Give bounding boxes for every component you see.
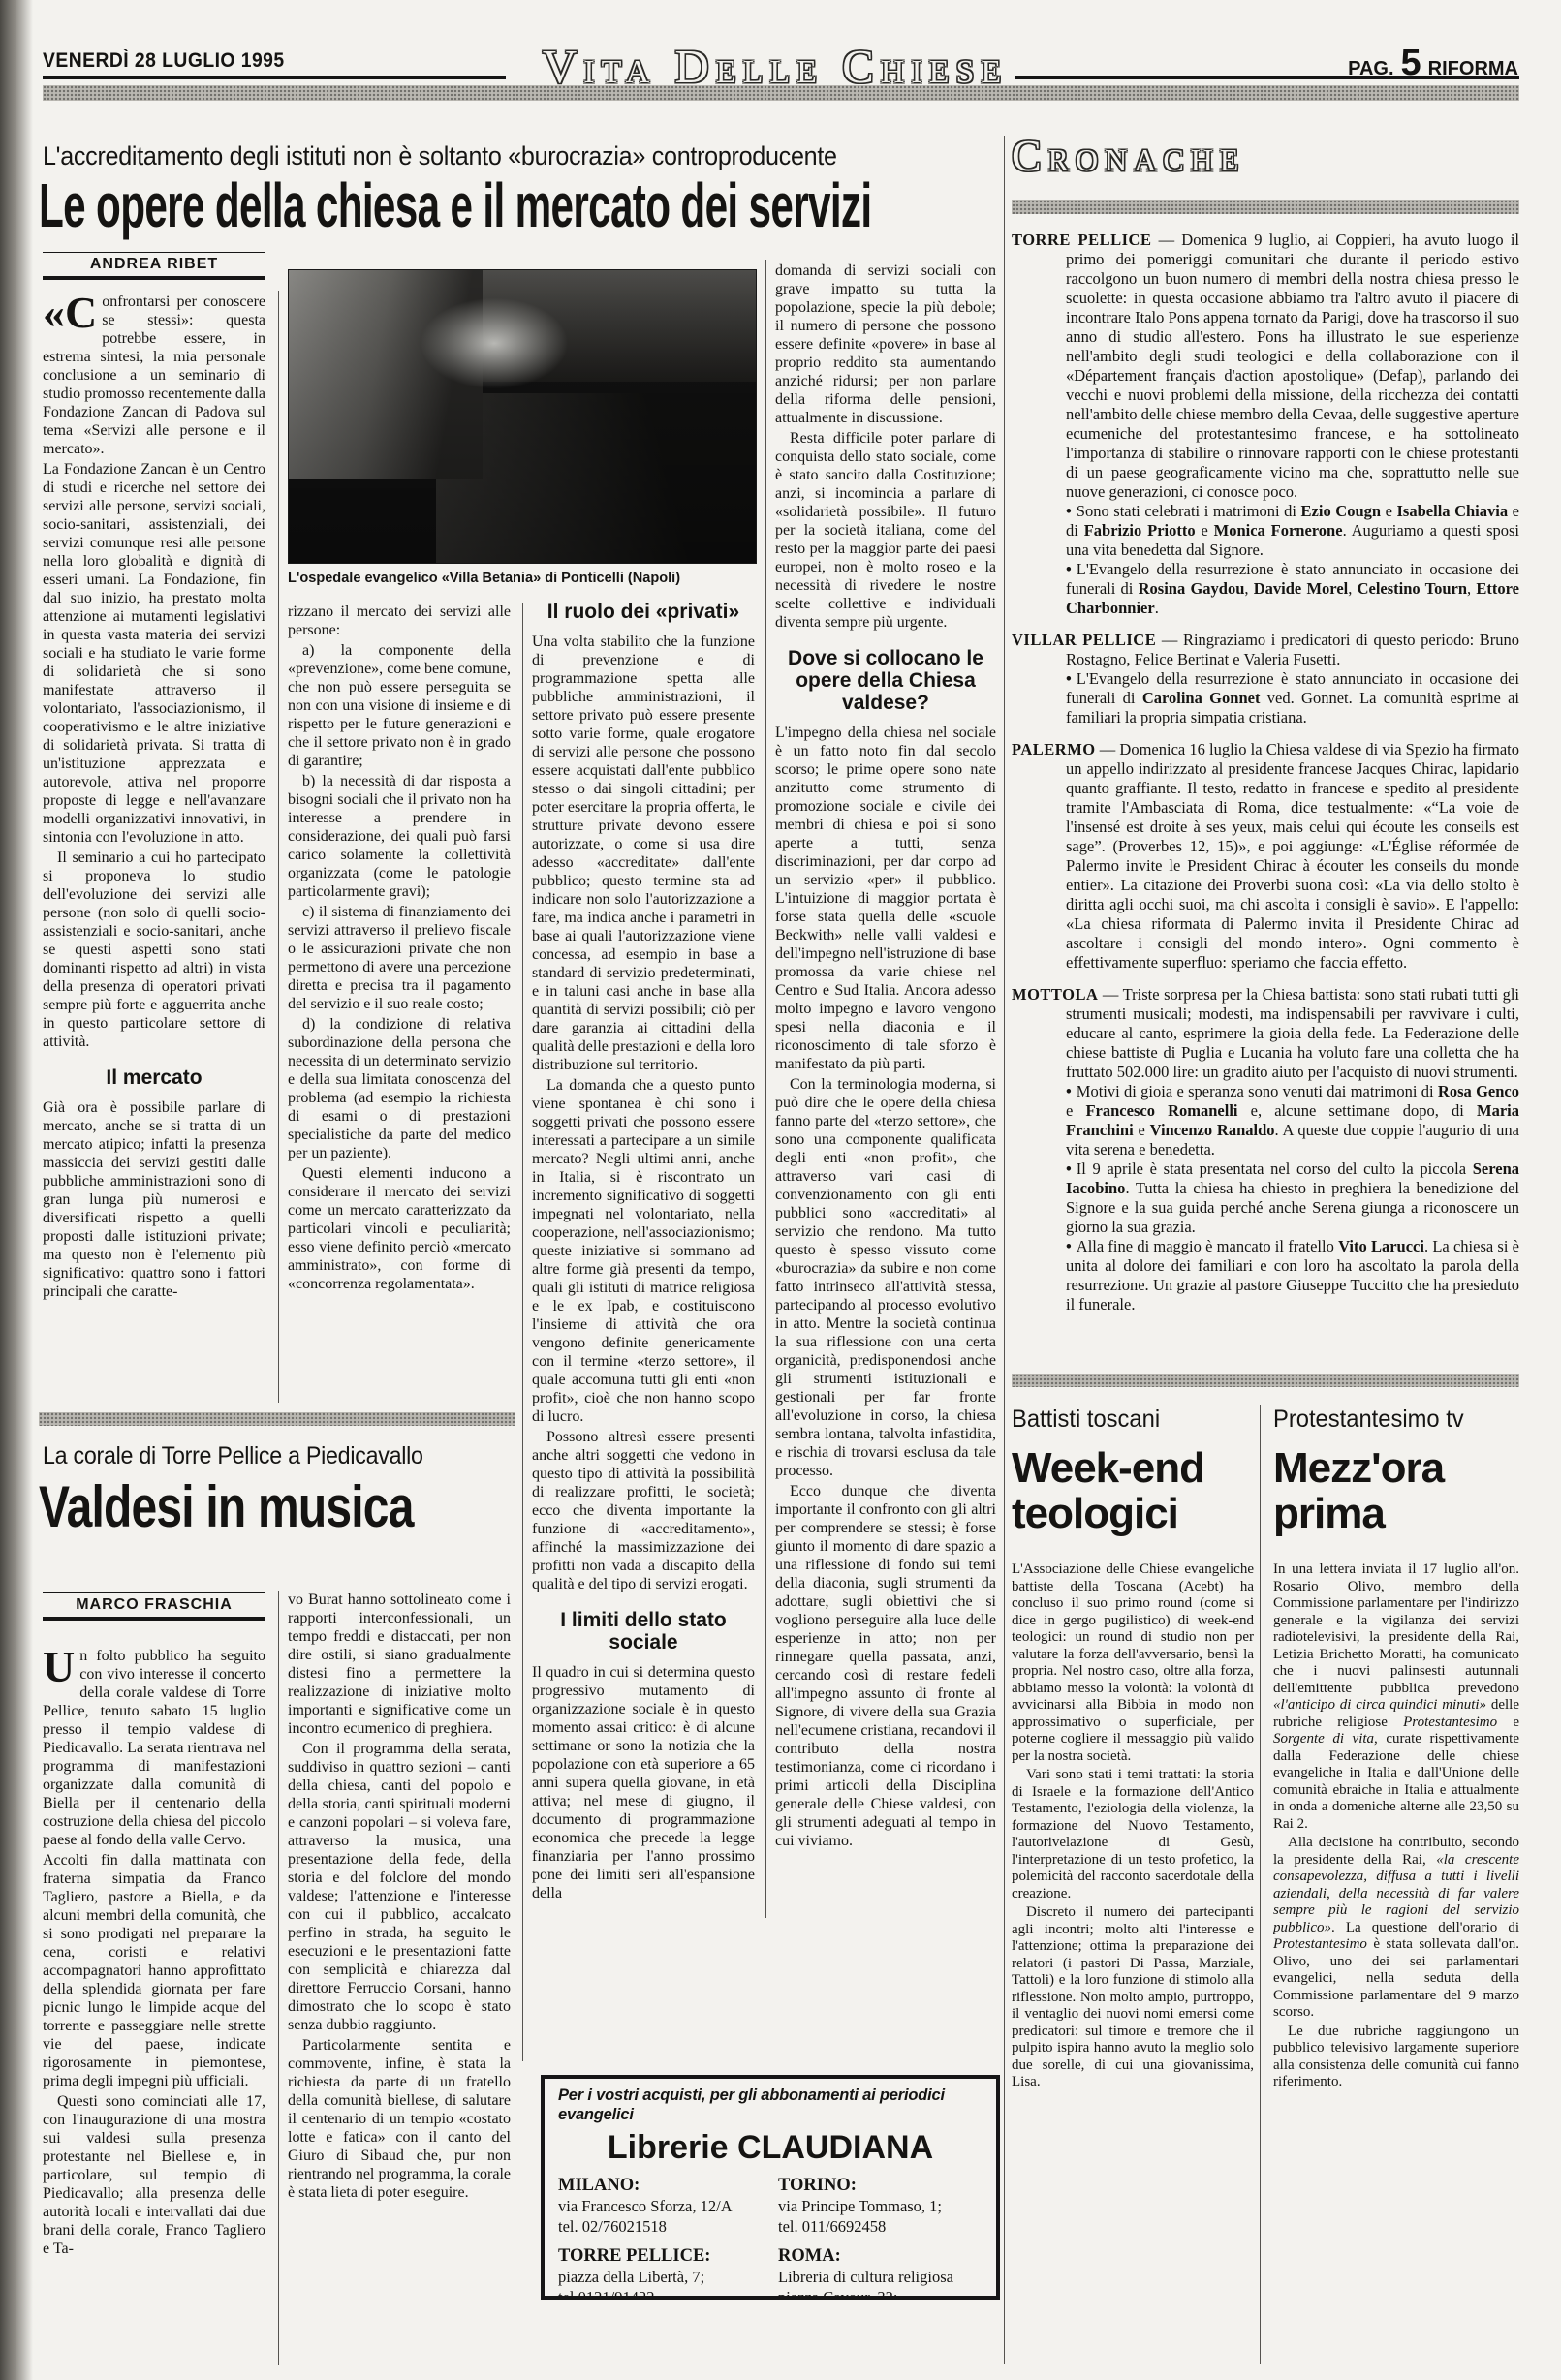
scan-edge-artifact bbox=[0, 0, 33, 2380]
cronache-title: Cronache bbox=[1012, 134, 1245, 178]
paragraph: a) la componente della «prevenzione», co… bbox=[288, 641, 511, 770]
column-rule bbox=[1260, 1405, 1261, 2364]
battisti-kicker: Battisti toscani bbox=[1012, 1406, 1160, 1434]
paragraph: Le due rubriche raggiungono un pubblico … bbox=[1273, 2024, 1519, 2091]
main-article-column-2: rizzano il mercato dei servizi alle pers… bbox=[288, 603, 511, 1403]
paragraph: Questi sono cominciati alle 17, con l'in… bbox=[43, 2092, 265, 2258]
bullet-glyph: • bbox=[1066, 560, 1077, 578]
paragraph: b) la necessità di dar risposta a bisogn… bbox=[288, 772, 511, 901]
paragraph: Questi elementi inducono a considerare i… bbox=[288, 1164, 511, 1293]
valdesi-column-a: Un folto pubblico ha seguito con vivo in… bbox=[43, 1647, 265, 2371]
paragraph: In una lettera inviata il 17 luglio all'… bbox=[1273, 1561, 1519, 1833]
valdesi-divider-bar bbox=[39, 1412, 515, 1426]
ad-location: MILANO:via Francesco Sforza, 12/A tel. 0… bbox=[558, 2175, 763, 2237]
paragraph: vo Burat hanno sottolineato come i rappo… bbox=[288, 1591, 511, 1738]
paragraph: «Confrontarsi per conoscere se stessi»: … bbox=[43, 293, 265, 458]
main-article-byline: ANDREA RIBET bbox=[43, 252, 265, 280]
valdesi-kicker: La corale di Torre Pellice a Piedicavall… bbox=[43, 1443, 423, 1470]
paragraph: Vari sono stati i temi trattati: la stor… bbox=[1012, 1767, 1254, 1902]
cronache-column: TORRE PELLICE — Domenica 9 luglio, ai Co… bbox=[1012, 231, 1519, 1372]
cronache-lead: PALERMO — Domenica 16 luglio la Chiesa v… bbox=[1066, 740, 1519, 973]
valdesi-byline: MARCO FRASCHIA bbox=[43, 1592, 265, 1621]
valdesi-column-b: vo Burat hanno sottolineato come i rappo… bbox=[288, 1591, 511, 2371]
column-rule bbox=[278, 291, 279, 1403]
paragraph: d) la condizione di relativa subordinazi… bbox=[288, 1015, 511, 1162]
newspaper-page: VENERDÌ 28 LUGLIO 1995 PAG. 5 RIFORMA Vi… bbox=[0, 0, 1561, 2380]
cronache-bullet: •Motivi di gioia e speranza sono venuti … bbox=[1066, 1082, 1519, 1159]
bullet-glyph: • bbox=[1066, 669, 1077, 688]
bullet-glyph: • bbox=[1066, 502, 1077, 520]
cronache-lead: MOTTOLA — Triste sorpresa per la Chiesa … bbox=[1066, 985, 1519, 1082]
paragraph: La Fondazione Zancan è un Centro di stud… bbox=[43, 460, 265, 847]
ad-city: TORRE PELLICE: bbox=[558, 2245, 763, 2268]
header-rule-left bbox=[43, 76, 506, 79]
paragraph: Discreto il numero dei partecipanti agli… bbox=[1012, 1904, 1254, 2091]
subhead-ruolo-privati: Il ruolo dei «privati» bbox=[532, 601, 755, 623]
ad-address: piazza della Libertà, 7; tel.0121/91422 bbox=[558, 2268, 763, 2300]
cronache-halftone-bar bbox=[1012, 200, 1519, 214]
protestantesimo-headline: Mezz'ora prima bbox=[1273, 1445, 1519, 1536]
cronache-entry-mottola: MOTTOLA — Triste sorpresa per la Chiesa … bbox=[1012, 985, 1519, 1314]
cronache-lead: TORRE PELLICE — Domenica 9 luglio, ai Co… bbox=[1066, 231, 1519, 502]
ad-location: TORINO:via Principe Tommaso, 1; tel. 011… bbox=[778, 2175, 983, 2237]
ad-city: MILANO: bbox=[558, 2175, 763, 2197]
subhead-il-mercato: Il mercato bbox=[43, 1066, 265, 1089]
cronache-bullet: •L'Evangelo della resurrezione è stato a… bbox=[1066, 669, 1519, 727]
paragraph: Un folto pubblico ha seguito con vivo in… bbox=[43, 1647, 265, 1849]
miniarticles-divider-bar bbox=[1012, 1374, 1519, 1387]
paragraph: Con il programma della serata, suddiviso… bbox=[288, 1740, 511, 2034]
drop-cap: «C bbox=[43, 293, 102, 330]
cronache-lead: VILLAR PELLICE — Ringraziamo i predicato… bbox=[1066, 631, 1519, 669]
claudiana-ad: Per i vostri acquisti, per gli abbonamen… bbox=[541, 2075, 1000, 2300]
paragraph: rizzano il mercato dei servizi alle pers… bbox=[288, 603, 511, 639]
paragraph: Alla decisione ha contribuito, secondo l… bbox=[1273, 1835, 1519, 2022]
paragraph: L'Associazione delle Chiese evangeliche … bbox=[1012, 1561, 1254, 1765]
paragraph: Ecco dunque che diventa importante il co… bbox=[775, 1482, 996, 1850]
paragraph: c) il sistema di finanziamento dei servi… bbox=[288, 903, 511, 1013]
cronache-entry-palermo: PALERMO — Domenica 16 luglio la Chiesa v… bbox=[1012, 740, 1519, 973]
subhead-limiti-stato-sociale: I limiti dello stato sociale bbox=[532, 1609, 755, 1654]
ad-address: via Francesco Sforza, 12/A tel. 02/76021… bbox=[558, 2197, 763, 2237]
byline-rule bbox=[43, 1617, 265, 1621]
paragraph: Una volta stabilito che la funzione di p… bbox=[532, 633, 755, 1074]
ad-location: ROMA:Libreria di cultura religiosa piazz… bbox=[778, 2245, 983, 2300]
cronache-bullet: •L'Evangelo della resurrezione è stato a… bbox=[1066, 560, 1519, 618]
issue-date: VENERDÌ 28 LUGLIO 1995 bbox=[43, 50, 285, 71]
cronache-bullet: •Sono stati celebrati i matrimoni di Ezi… bbox=[1066, 502, 1519, 560]
paragraph: Resta difficile poter parlare di conquis… bbox=[775, 429, 996, 632]
ad-address: Libreria di cultura religiosa piazza Cav… bbox=[778, 2268, 983, 2300]
ad-location: TORRE PELLICE:piazza della Libertà, 7; t… bbox=[558, 2245, 763, 2300]
battisti-column: L'Associazione delle Chiese evangeliche … bbox=[1012, 1561, 1254, 2365]
drop-cap: U bbox=[43, 1647, 79, 1685]
protestantesimo-column: In una lettera inviata il 17 luglio all'… bbox=[1273, 1561, 1519, 2365]
paragraph: Già ora è possibile parlare di mercato, … bbox=[43, 1098, 265, 1301]
ad-title: Librerie CLAUDIANA bbox=[558, 2130, 983, 2166]
ad-tagline: Per i vostri acquisti, per gli abbonamen… bbox=[558, 2086, 983, 2125]
main-article-kicker: L'accreditamento degli istituti non è so… bbox=[43, 142, 837, 171]
cronache-bullet: •Alla fine di maggio è mancato il fratel… bbox=[1066, 1237, 1519, 1314]
protestantesimo-kicker: Protestantesimo tv bbox=[1273, 1406, 1464, 1434]
header-rule-right bbox=[1015, 76, 1519, 79]
column-rule bbox=[522, 603, 523, 2061]
paragraph: Particolarmente sentita e commovente, in… bbox=[288, 2036, 511, 2202]
ad-city: TORINO: bbox=[778, 2175, 983, 2197]
main-article-column-4: domanda di servizi sociali con grave imp… bbox=[775, 262, 996, 1918]
paragraph: Accolti fin dalla mattinata con fraterna… bbox=[43, 1851, 265, 2090]
paragraph: Il seminario a cui ho partecipato si pro… bbox=[43, 849, 265, 1051]
bullet-glyph: • bbox=[1066, 1159, 1077, 1178]
main-article-column-1: «Confrontarsi per conoscere se stessi»: … bbox=[43, 293, 265, 1403]
byline-rule bbox=[43, 276, 265, 280]
section-divider-rule bbox=[1004, 136, 1005, 2364]
column-rule bbox=[765, 260, 766, 1918]
article-photo bbox=[288, 269, 757, 564]
cronache-entry-villar-pellice: VILLAR PELLICE — Ringraziamo i predicato… bbox=[1012, 631, 1519, 727]
section-masthead: Vita Delle Chiese bbox=[504, 43, 1046, 90]
photo-caption: L'ospedale evangelico «Villa Betania» di… bbox=[288, 570, 741, 587]
cronache-entry-torre-pellice: TORRE PELLICE — Domenica 9 luglio, ai Co… bbox=[1012, 231, 1519, 618]
ad-address: via Principe Tommaso, 1; tel. 011/669245… bbox=[778, 2197, 983, 2237]
valdesi-headline: Valdesi in musica bbox=[39, 1478, 414, 1536]
paragraph: Possono altresì essere presenti anche al… bbox=[532, 1428, 755, 1593]
bullet-glyph: • bbox=[1066, 1082, 1077, 1100]
paragraph: Con la terminologia moderna, si può dire… bbox=[775, 1075, 996, 1480]
paragraph: L'impegno della chiesa nel sociale è un … bbox=[775, 724, 996, 1073]
paragraph: La domanda che a questo punto viene spon… bbox=[532, 1076, 755, 1426]
paragraph: domanda di servizi sociali con grave imp… bbox=[775, 262, 996, 427]
paragraph: Il quadro in cui si determina questo pro… bbox=[532, 1663, 755, 1902]
ad-city: ROMA: bbox=[778, 2245, 983, 2268]
bullet-glyph: • bbox=[1066, 1237, 1077, 1255]
main-article-column-3: Il ruolo dei «privati» Una volta stabili… bbox=[532, 599, 755, 2063]
ad-locations: MILANO:via Francesco Sforza, 12/A tel. 0… bbox=[558, 2175, 983, 2300]
subhead-opere-chiesa-valdese: Dove si collocano le opere della Chiesa … bbox=[775, 647, 996, 714]
battisti-headline: Week-end teologici bbox=[1012, 1445, 1254, 1536]
cronache-bullet: •Il 9 aprile è stata presentata nel cors… bbox=[1066, 1159, 1519, 1237]
main-article-headline: Le opere della chiesa e il mercato dei s… bbox=[39, 174, 871, 236]
column-rule bbox=[278, 1591, 279, 2365]
